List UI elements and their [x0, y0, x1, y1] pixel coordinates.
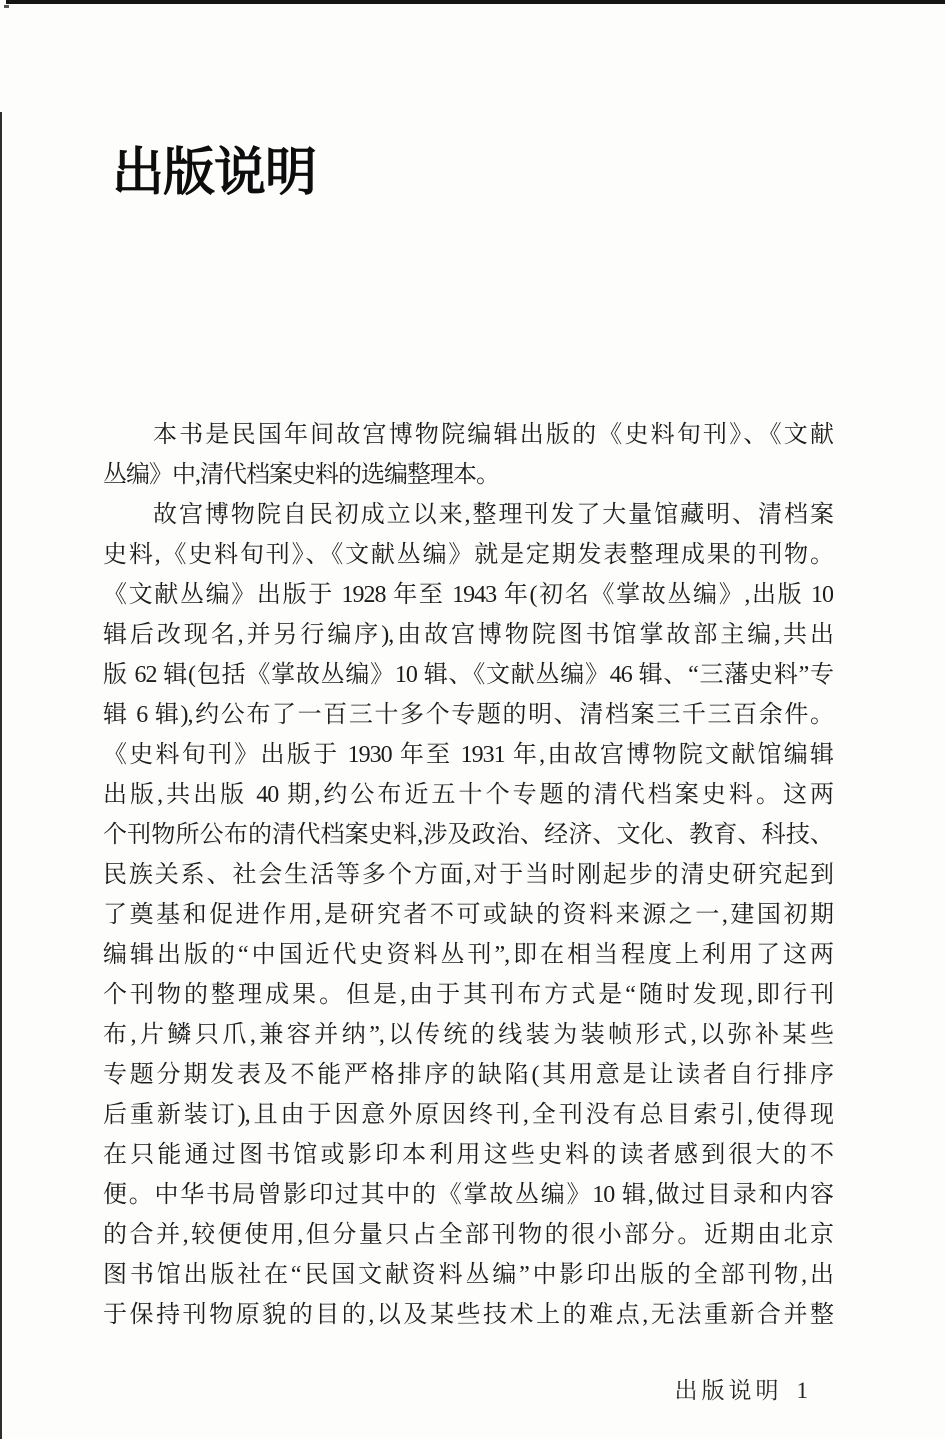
text-line: 图书馆出版社在“民国文献资料丛编”中影印出版的全部刊物,出 — [103, 1255, 833, 1295]
text-line: 于保持刊物原貌的目的,以及某些技术上的难点,无法重新合并整 — [103, 1295, 833, 1335]
footer-running-title: 出版说明 — [675, 1378, 783, 1403]
text-line: 便。中华书局曾影印过其中的《掌故丛编》10 辑,做过目录和内容 — [103, 1175, 833, 1215]
page-footer: 出版说明1 — [0, 1377, 808, 1405]
text-line: 个刊物的整理成果。但是,由于其刊布方式是“随时发现,即行刊 — [103, 975, 833, 1015]
body-text: 本书是民国年间故宫博物院编辑出版的《史料旬刊》、《文献丛编》中,清代档案史料的选… — [103, 415, 833, 1335]
text-line: 在只能通过图书馆或影印本利用这些史料的读者感到很大的不 — [103, 1135, 833, 1175]
text-line: 《文献丛编》出版于 1928 年至 1943 年(初名《掌故丛编》,出版 10 — [103, 575, 833, 615]
text-line: 史料,《史料旬刊》、《文献丛编》就是定期发表整理成果的刊物。 — [103, 535, 833, 575]
scanned-book-page: 出版说明 本书是民国年间故宫博物院编辑出版的《史料旬刊》、《文献丛编》中,清代档… — [0, 0, 945, 1439]
text-line: 了奠基和促进作用,是研究者不可或缺的资料来源之一,建国初期 — [103, 895, 833, 935]
footer-page-number: 1 — [797, 1378, 809, 1403]
text-line: 个刊物所公布的清代档案史料,涉及政治、经济、文化、教育、科技、 — [103, 815, 833, 855]
text-line: 故宫博物院自民初成立以来,整理刊发了大量馆藏明、清档案 — [103, 495, 833, 535]
text-line: 丛编》中,清代档案史料的选编整理本。 — [103, 455, 833, 495]
scan-edge-left — [0, 112, 2, 1439]
text-line: 专题分期发表及不能严格排序的缺陷(其用意是让读者自行排序 — [103, 1055, 833, 1095]
text-line: 辑后改现名,并另行编序),由故宫博物院图书馆掌故部主编,共出 — [103, 615, 833, 655]
text-line: 《史料旬刊》出版于 1930 年至 1931 年,由故宫博物院文献馆编辑 — [103, 735, 833, 775]
text-line: 版 62 辑(包括《掌故丛编》10 辑、《文献丛编》46 辑、“三藩史料”专 — [103, 655, 833, 695]
page-title: 出版说明 — [112, 142, 316, 206]
scan-speck — [4, 5, 9, 8]
text-line: 编辑出版的“中国近代史资料丛刊”,即在相当程度上利用了这两 — [103, 935, 833, 975]
text-line: 后重新装订),且由于因意外原因终刊,全刊没有总目索引,使得现 — [103, 1095, 833, 1135]
text-line: 的合并,较便使用,但分量只占全部刊物的很小部分。近期由北京 — [103, 1215, 833, 1255]
scan-edge-top — [6, 0, 945, 4]
text-line: 辑 6 辑),约公布了一百三十多个专题的明、清档案三千三百余件。 — [103, 695, 833, 735]
text-line: 出版,共出版 40 期,约公布近五十个专题的清代档案史料。这两 — [103, 775, 833, 815]
text-line: 民族关系、社会生活等多个方面,对于当时刚起步的清史研究起到 — [103, 855, 833, 895]
text-line: 本书是民国年间故宫博物院编辑出版的《史料旬刊》、《文献 — [103, 415, 833, 455]
text-line: 布,片鳞只爪,兼容并纳”,以传统的线装为装帧形式,以弥补某些 — [103, 1015, 833, 1055]
